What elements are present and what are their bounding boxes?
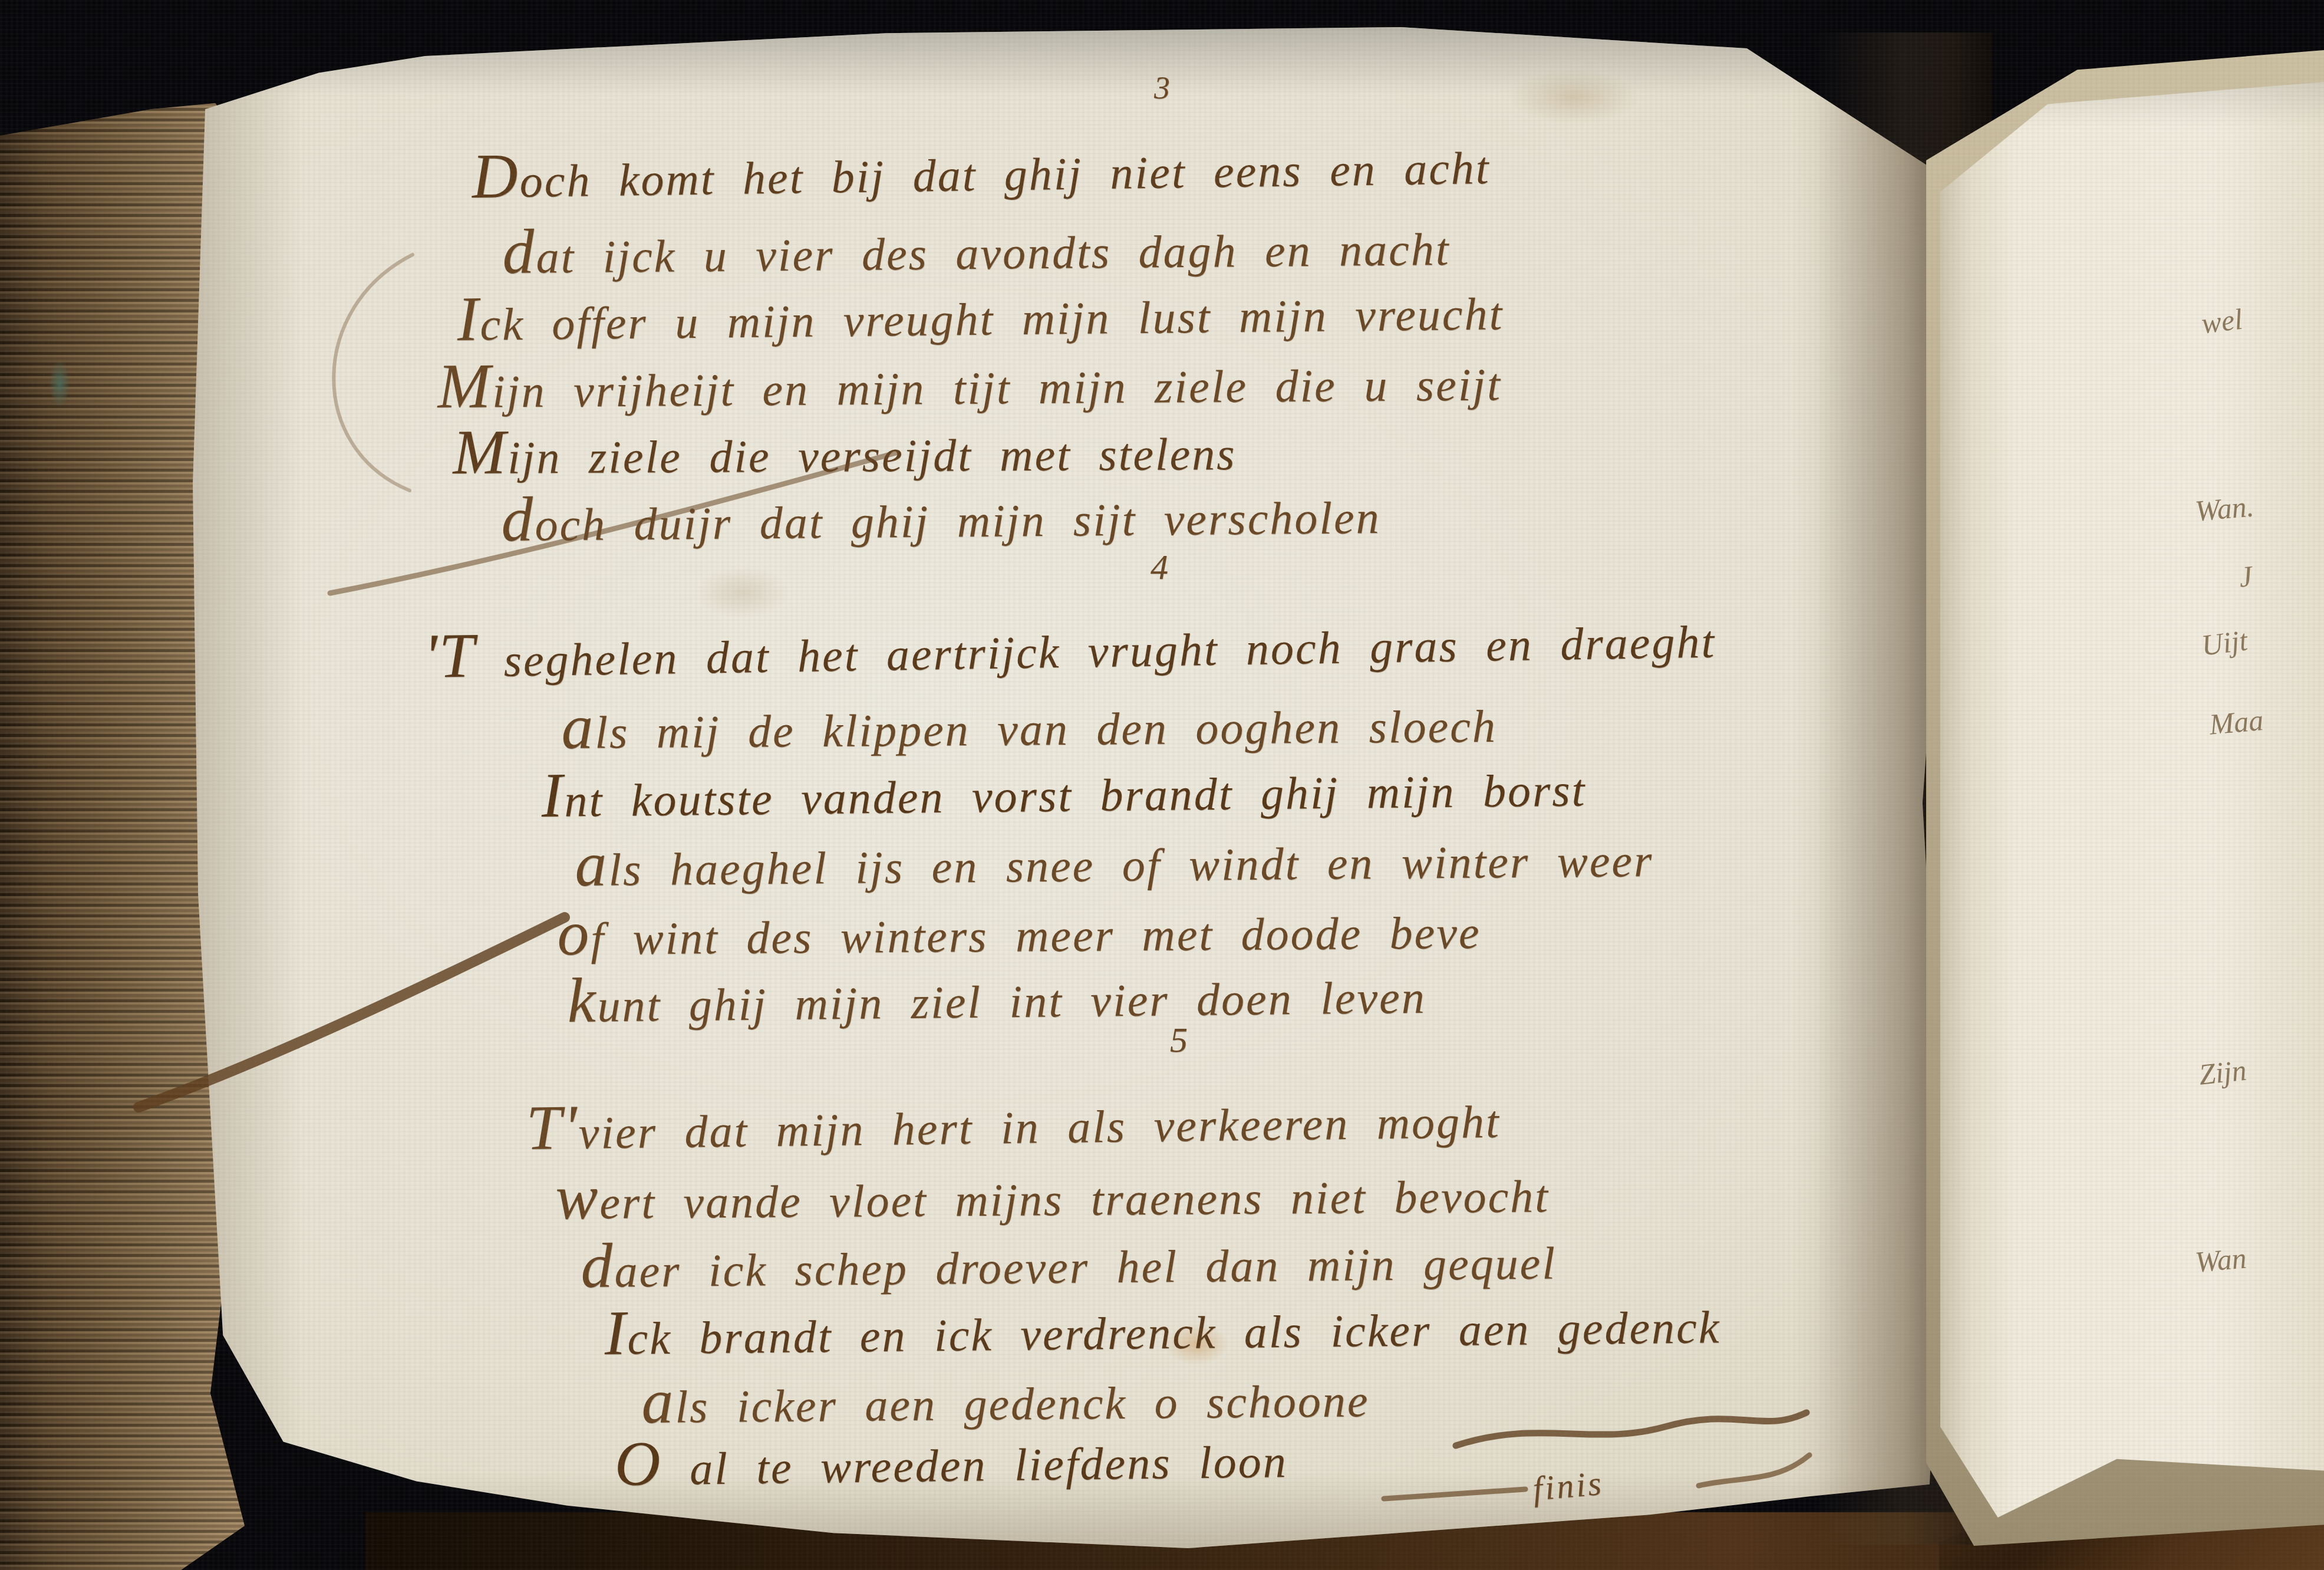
stanza-3-marker: 3 xyxy=(1154,70,1170,106)
verse-line: Mijn vrijheijt en mijn tijt mijn ziele d… xyxy=(437,343,1502,423)
manuscript-photo: 3 Doch komt het bij dat ghij niet eens e… xyxy=(0,0,2324,1570)
verse-line: kunt ghij mijn ziel int vier doen leven xyxy=(567,956,1426,1038)
right-page-fragment: Wan xyxy=(2194,1240,2248,1279)
right-page-fragment: Maa xyxy=(2208,703,2264,742)
right-page-fragment: Wan. xyxy=(2194,489,2255,528)
right-page-fragment: Uijt xyxy=(2200,623,2249,663)
stanza-4-marker: 4 xyxy=(1151,547,1168,588)
verse-line: T'vier dat mijn hert in als verkeeren mo… xyxy=(526,1080,1501,1165)
verse-line: als haeghel ijs en snee of windt en wint… xyxy=(575,819,1654,901)
right-page-fragment: wel xyxy=(2200,302,2244,341)
colophon-finis: finis xyxy=(1531,1463,1605,1509)
verse-line: doch duijr dat ghij mijn sijt verscholen xyxy=(501,476,1381,557)
right-page-fragment: Zijn xyxy=(2197,1053,2248,1092)
page-edge-teal-mark xyxy=(50,361,70,407)
verse-line: Ick brandt en ick verdrenck als icker ae… xyxy=(604,1285,1721,1370)
stanza-5-marker: 5 xyxy=(1170,1020,1188,1061)
verse-line: Int koutste vanden vorst brandt ghij mij… xyxy=(541,748,1587,832)
verse-line: O al te wreeden liefdens loon xyxy=(614,1420,1288,1501)
right-page xyxy=(1940,54,2324,1518)
verse-line: Doch komt het bij dat ghij niet eens en … xyxy=(472,126,1491,213)
